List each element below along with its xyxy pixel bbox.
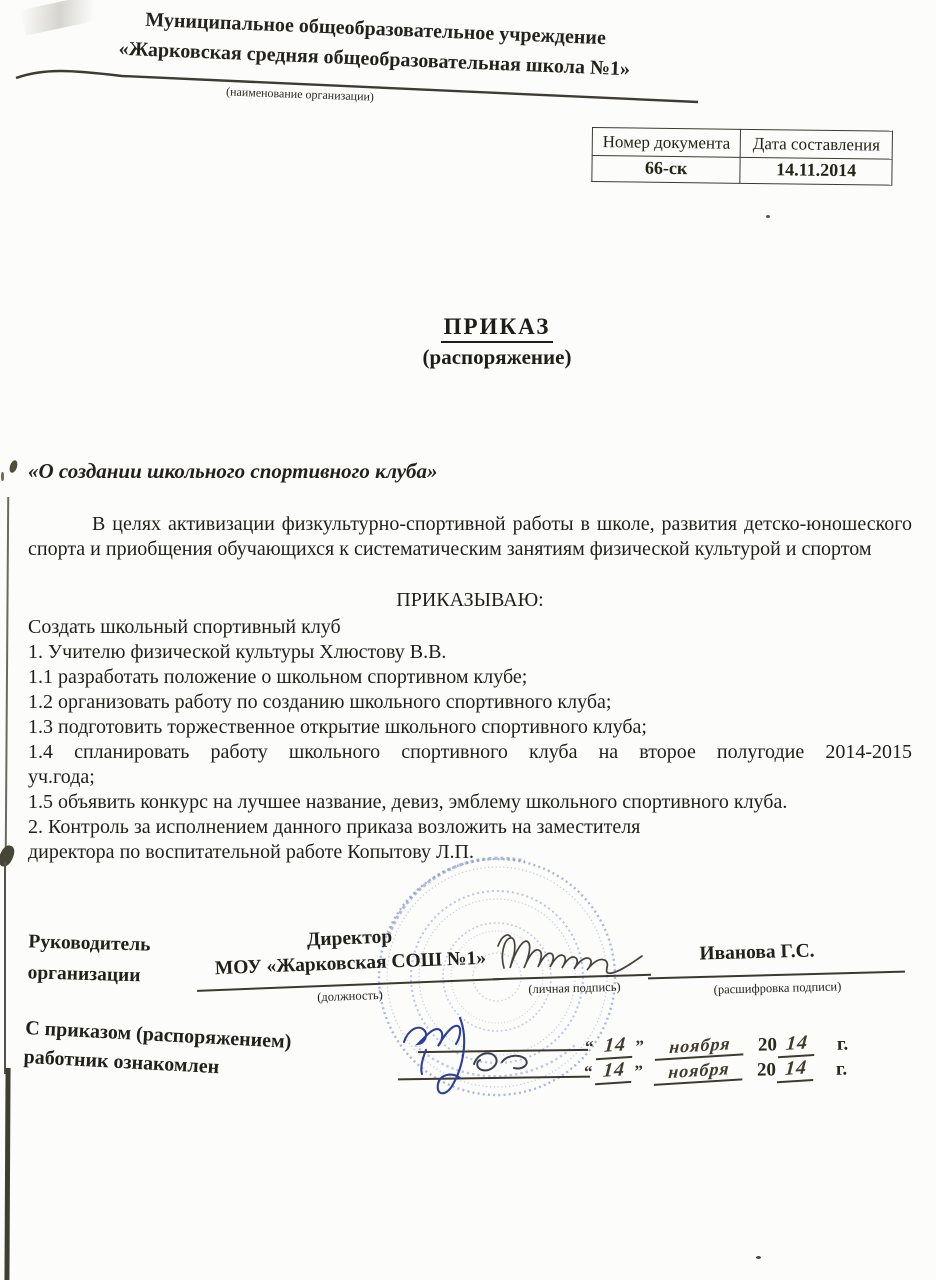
doc-date-header: Дата составления [740,129,892,159]
handwritten-day: 14 [595,1033,633,1060]
order-intro: В целях активизации физкультурно-спортив… [28,512,912,561]
order-items: Создать школьный спортивный клуб1. Учите… [28,615,912,865]
year-prefix: 20 [757,1057,776,1081]
doc-number-value: 66-ск [592,156,741,184]
handwritten-year: 14 [778,1031,816,1058]
scan-edge-line [4,1068,10,1280]
quote-close: ” [634,1059,643,1082]
doc-info-table: Номер документа Дата составления 66-ск 1… [591,127,893,186]
order-line: 2. Контроль за исполнением данного прика… [28,815,912,840]
handwritten-year: 14 [777,1056,815,1083]
handwritten-signature [494,926,659,984]
scan-mark [1,472,4,481]
title-block: ПРИКАЗ (распоряжение) [297,314,697,370]
order-line: 1.4 спланировать работу школьного спорти… [28,740,912,765]
ack-date-row: “ 14 ” ноября 20 14 г. [584,1057,847,1085]
scan-mark [8,459,19,474]
document-subtitle: (распоряжение) [297,345,697,370]
signer-role-line2: организации [27,957,150,991]
order-line: 1.3 подготовить торжественное открытие ш… [28,715,912,740]
quote-close: ” [635,1034,644,1057]
order-line: 1. Учителю физической культуры Хлюстову … [28,640,912,665]
name-caption: (расшифровка подписи) [665,978,890,999]
scan-speck [756,1256,761,1259]
quote-open: “ [585,1034,594,1057]
acknowledgement-label: С приказом (распоряжением) работник озна… [23,1014,292,1086]
order-line: 1.1 разработать положение о школьном спо… [28,665,912,690]
handwritten-initials [468,1044,540,1076]
resolve-word: ПРИКАЗЫВАЮ: [28,589,912,612]
signer-role-line1: Руководитель [28,926,151,960]
quote-open: “ [584,1059,593,1082]
signer-name: Иванова Г.С. [657,939,858,966]
scanned-order-document: Муниципальное общеобразовательное учрежд… [0,0,936,1280]
order-subject: «О создании школьного спортивного клуба» [28,459,438,484]
scan-speck [766,215,770,218]
handwritten-day: 14 [594,1058,632,1085]
order-line: уч.года; [28,765,912,790]
scan-edge-line [4,862,7,1074]
signer-role-label: Руководитель организации [27,926,151,991]
scan-edge-line [5,497,9,849]
order-line: 1.5 объявить конкурс на лучшее название,… [28,790,912,815]
order-line: Создать школьный спортивный клуб [28,615,912,640]
doc-date-value: 14.11.2014 [740,157,892,185]
year-unit: г. [837,1032,849,1056]
ack-date-row: “ 14 ” ноября 20 14 г. [585,1032,848,1060]
handwritten-month: ноября [654,1055,744,1086]
order-line: 1.2 организовать работу по созданию школ… [28,690,912,715]
document-title: ПРИКАЗ [441,314,554,343]
doc-number-header: Номер документа [592,128,741,158]
year-unit: г. [836,1057,848,1081]
year-prefix: 20 [758,1032,777,1056]
